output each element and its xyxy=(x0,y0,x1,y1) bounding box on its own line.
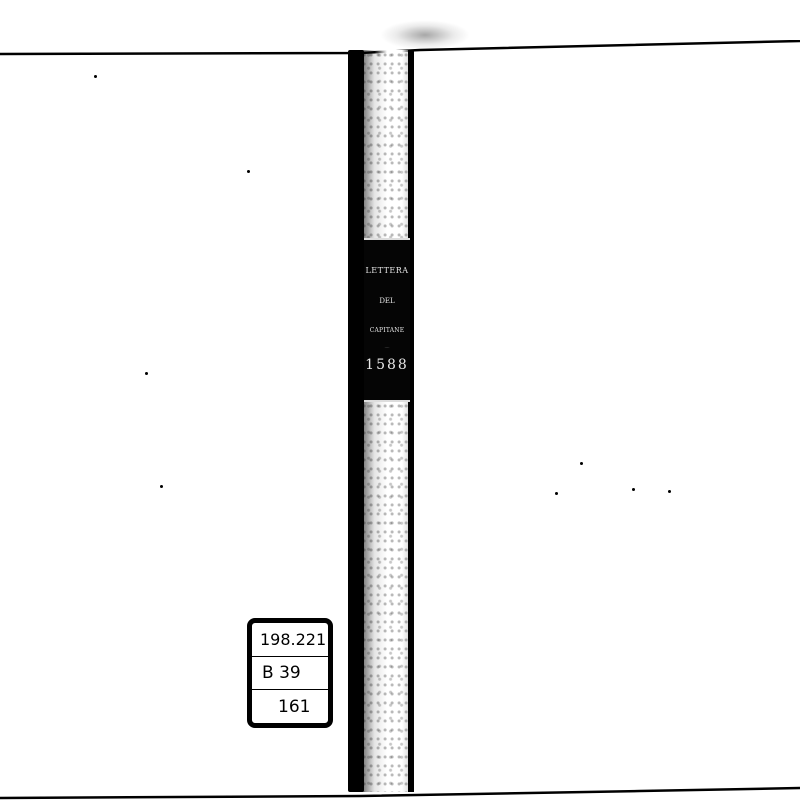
call-number-cutter: B 39 xyxy=(252,656,328,690)
scan-noise xyxy=(380,20,470,50)
call-number-class: 198.221 xyxy=(252,623,328,656)
scan-speck xyxy=(632,488,635,491)
scan-speck xyxy=(555,492,558,495)
spine-title-line: LETTERA xyxy=(365,266,408,275)
spine-edge xyxy=(408,50,414,792)
book-scan: LETTERA DEL CAPITANE .... 1588 198.221 B… xyxy=(0,0,800,800)
scan-speck xyxy=(668,490,671,493)
scan-speck xyxy=(247,170,250,173)
scan-speck xyxy=(580,462,583,465)
spine-title-line: CAPITANE xyxy=(370,327,405,334)
book-spine xyxy=(348,50,428,792)
spine-title-line: DEL xyxy=(379,297,394,305)
call-number-label: 198.221 B 39 161 xyxy=(247,618,333,728)
scan-speck xyxy=(145,372,148,375)
spine-title-line: .... xyxy=(384,344,389,349)
call-number-item: 161 xyxy=(252,689,328,723)
spine-year: 1588 xyxy=(365,357,409,373)
spine-body xyxy=(362,50,412,792)
scan-speck xyxy=(160,485,163,488)
spine-title-label: LETTERA DEL CAPITANE .... 1588 xyxy=(364,238,410,402)
scan-speck xyxy=(94,75,97,78)
